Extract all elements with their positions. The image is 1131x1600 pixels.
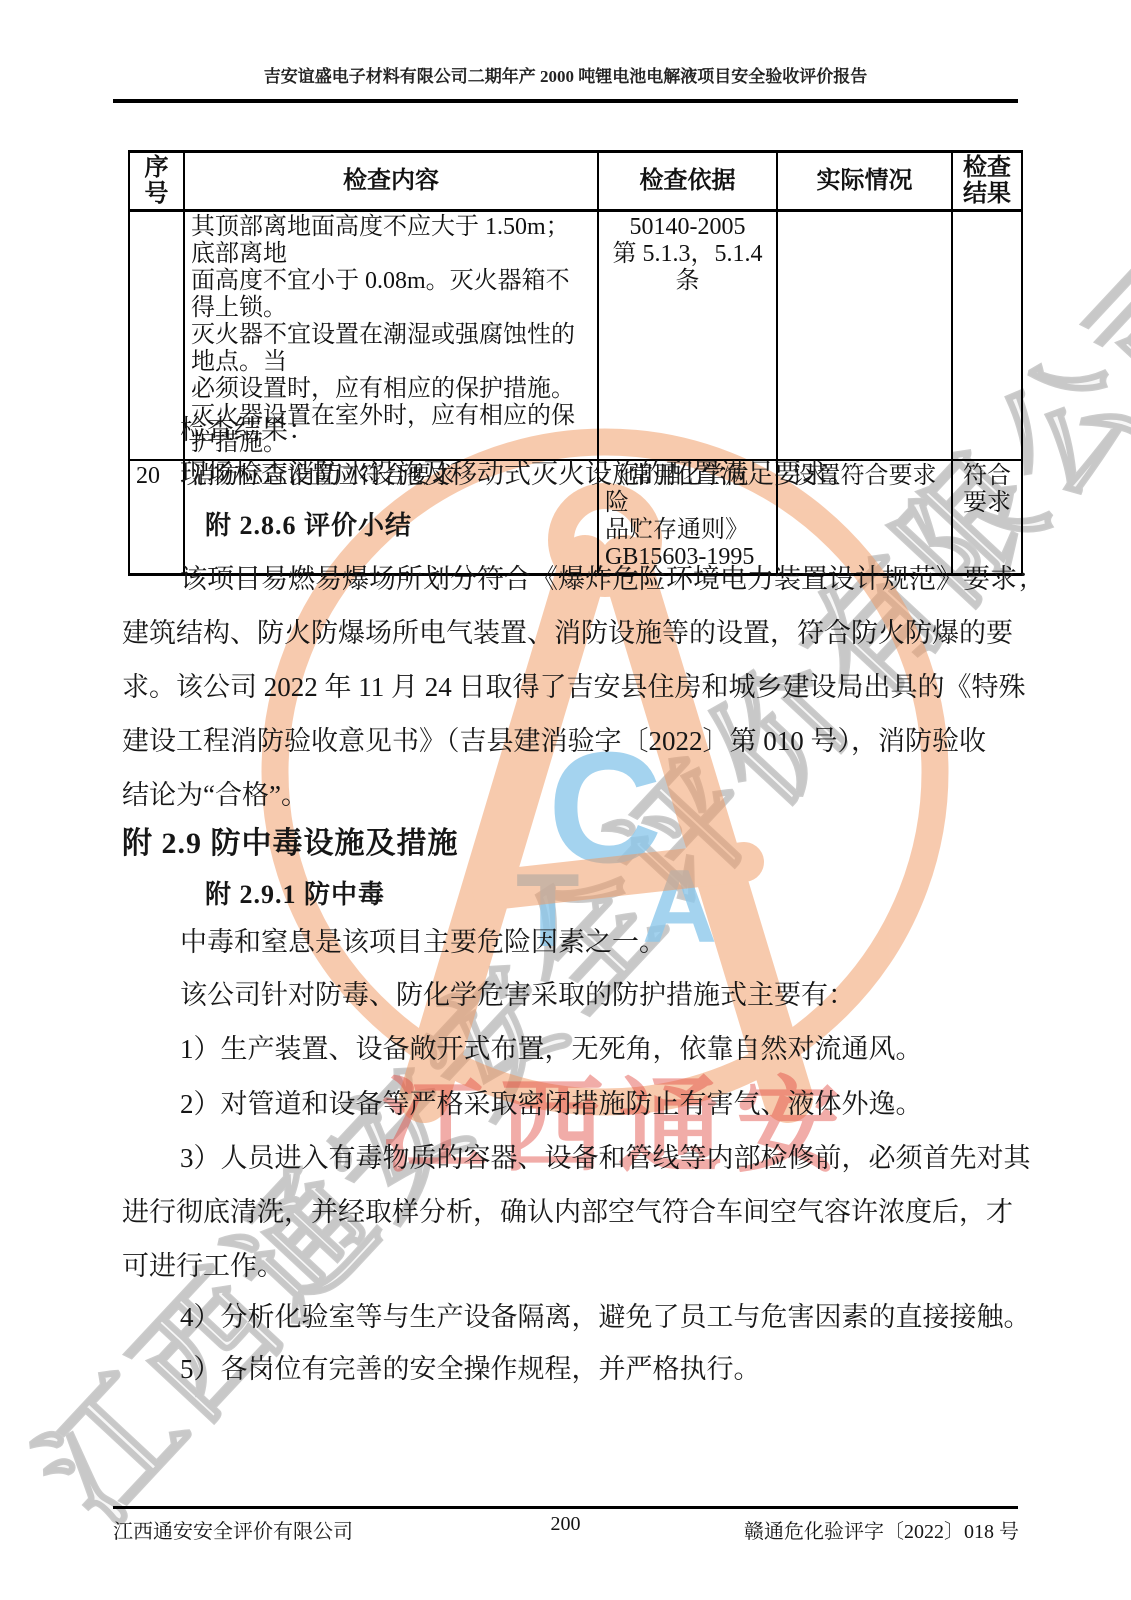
body-line: 该公司针对防毒、防化学危害采取的防护措施式主要有： — [122, 973, 1076, 1012]
body-line: 该项目易燃易爆场所划分符合《爆炸危险环境电力装置设计规范》要求； — [122, 557, 1076, 596]
page-header-title: 吉安谊盛电子材料有限公司二期年产 2000 吨锂电池电解液项目安全验收评价报告 — [0, 62, 1131, 87]
body-line: 求。该公司 2022 年 11 月 24 日取得了吉安县住房和城乡建设局出具的《… — [122, 665, 1018, 704]
document-page: 江西通安安全评价有限公司 C T A 江西通安 吉安谊盛电子材料有限公司二期年产… — [0, 0, 1131, 1600]
body-line: 4）分析化验室等与生产设备隔离，避免了员工与危害因素的直接接触。 — [122, 1295, 1076, 1334]
header-rule — [113, 99, 1018, 103]
section-heading-2-8-6: 附 2.8.6 评价小结 — [122, 505, 1101, 542]
footer-rule — [113, 1506, 1018, 1509]
header-cell-content: 检查内容 — [184, 152, 598, 211]
header-cell-result: 检查结果 — [952, 152, 1022, 211]
footer-page-number: 200 — [551, 1513, 581, 1536]
body-line: 现场检查消防水设施及移动式灭火设施的配置满足要求。 — [122, 452, 1076, 491]
section-heading-2-9-1: 附 2.9.1 防中毒 — [122, 874, 1101, 911]
body-line: 结论为“合格”。 — [122, 773, 1018, 812]
footer-doc-number: 赣通危化验评字〔2022〕018 号 — [744, 1515, 1019, 1544]
header-cell-actual: 实际情况 — [777, 152, 952, 211]
table-header-row: 序号 检查内容 检查依据 实际情况 检查结果 — [129, 152, 1022, 211]
body-line: 建设工程消防验收意见书》（吉县建消验字〔2022〕第 010 号），消防验收 — [122, 719, 1018, 758]
footer-company: 江西通安安全评价有限公司 — [113, 1515, 353, 1544]
section-heading-2-9: 附 2.9 防中毒设施及措施 — [122, 818, 1018, 862]
body-line: 3）人员进入有毒物质的容器、设备和管线等内部检修前，必须首先对其 — [122, 1136, 1076, 1175]
body-line: 建筑结构、防火防爆场所电气装置、消防设施等的设置，符合防火防爆的要 — [122, 611, 1018, 650]
body-line: 2）对管道和设备等严格采取密闭措施防止有害气、液体外逸。 — [122, 1082, 1076, 1121]
header-cell-basis: 检查依据 — [598, 152, 777, 211]
body-line: 1）生产装置、设备敞开式布置，无死角，依靠自然对流通风。 — [122, 1027, 1076, 1066]
body-line: 检查结果： — [122, 408, 1076, 447]
body-line: 进行彻底清洗，并经取样分析，确认内部空气符合车间空气容许浓度后，才 — [122, 1190, 1018, 1229]
header-cell-no: 序号 — [129, 152, 184, 211]
body-line: 5）各岗位有完善的安全操作规程，并严格执行。 — [122, 1347, 1076, 1386]
body-line: 中毒和窒息是该项目主要危险因素之一。 — [122, 920, 1076, 959]
body-line: 可进行工作。 — [122, 1244, 1018, 1283]
